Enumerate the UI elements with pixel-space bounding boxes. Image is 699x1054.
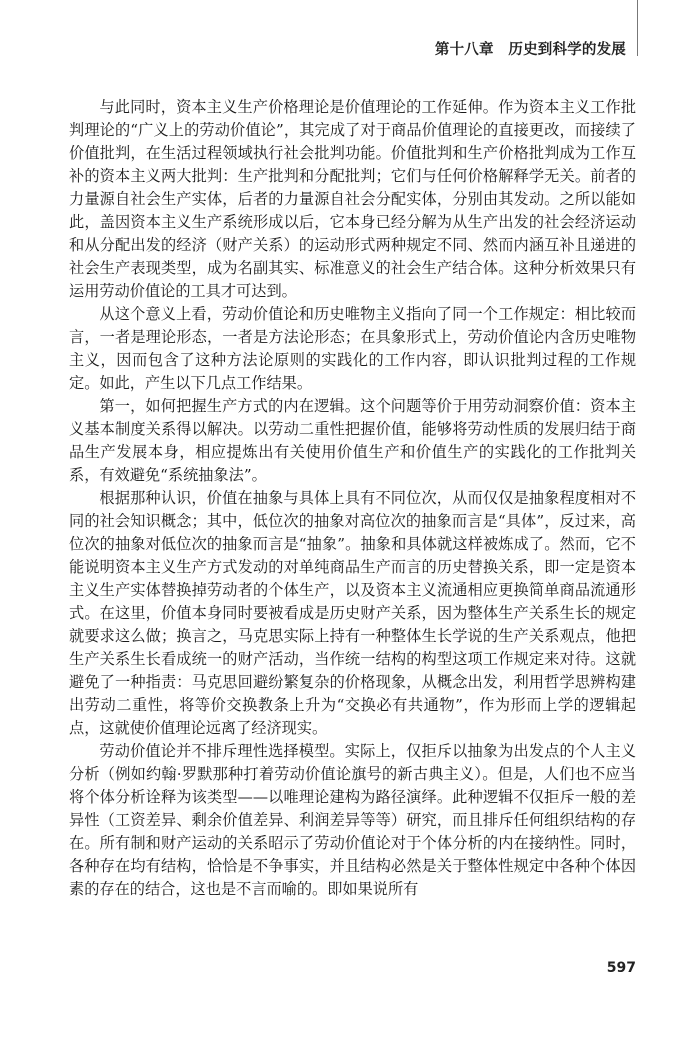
paragraph-4: 根据那种认识，价值在抽象与具体上具有不同位次，从而仅仅是抽象程度相对不同的社会知…: [69, 487, 636, 740]
running-head-rule: [637, 0, 638, 56]
paragraph-2: 从这个意义上看，劳动价值论和历史唯物主义指向了同一个工作规定：相比较而言，一者是…: [69, 303, 636, 395]
paragraph-5: 劳动价值论并不排斥理性选择模型。实际上，仅拒斥以抽象为出发点的个人主义分析（例如…: [69, 740, 636, 901]
body-text: 与此同时，资本主义生产价格理论是价值理论的工作延伸。作为资本主义工作批判理论的“…: [69, 96, 636, 901]
paragraph-1: 与此同时，资本主义生产价格理论是价值理论的工作延伸。作为资本主义工作批判理论的“…: [69, 96, 636, 303]
page-number: 597: [560, 960, 636, 976]
running-head: 第十八章 历史到科学的发展: [420, 38, 626, 59]
book-page: 第十八章 历史到科学的发展 与此同时，资本主义生产价格理论是价值理论的工作延伸。…: [0, 0, 699, 1054]
paragraph-3: 第一，如何把握生产方式的内在逻辑。这个问题等价于用劳动洞察价值：资本主义基本制度…: [69, 395, 636, 487]
